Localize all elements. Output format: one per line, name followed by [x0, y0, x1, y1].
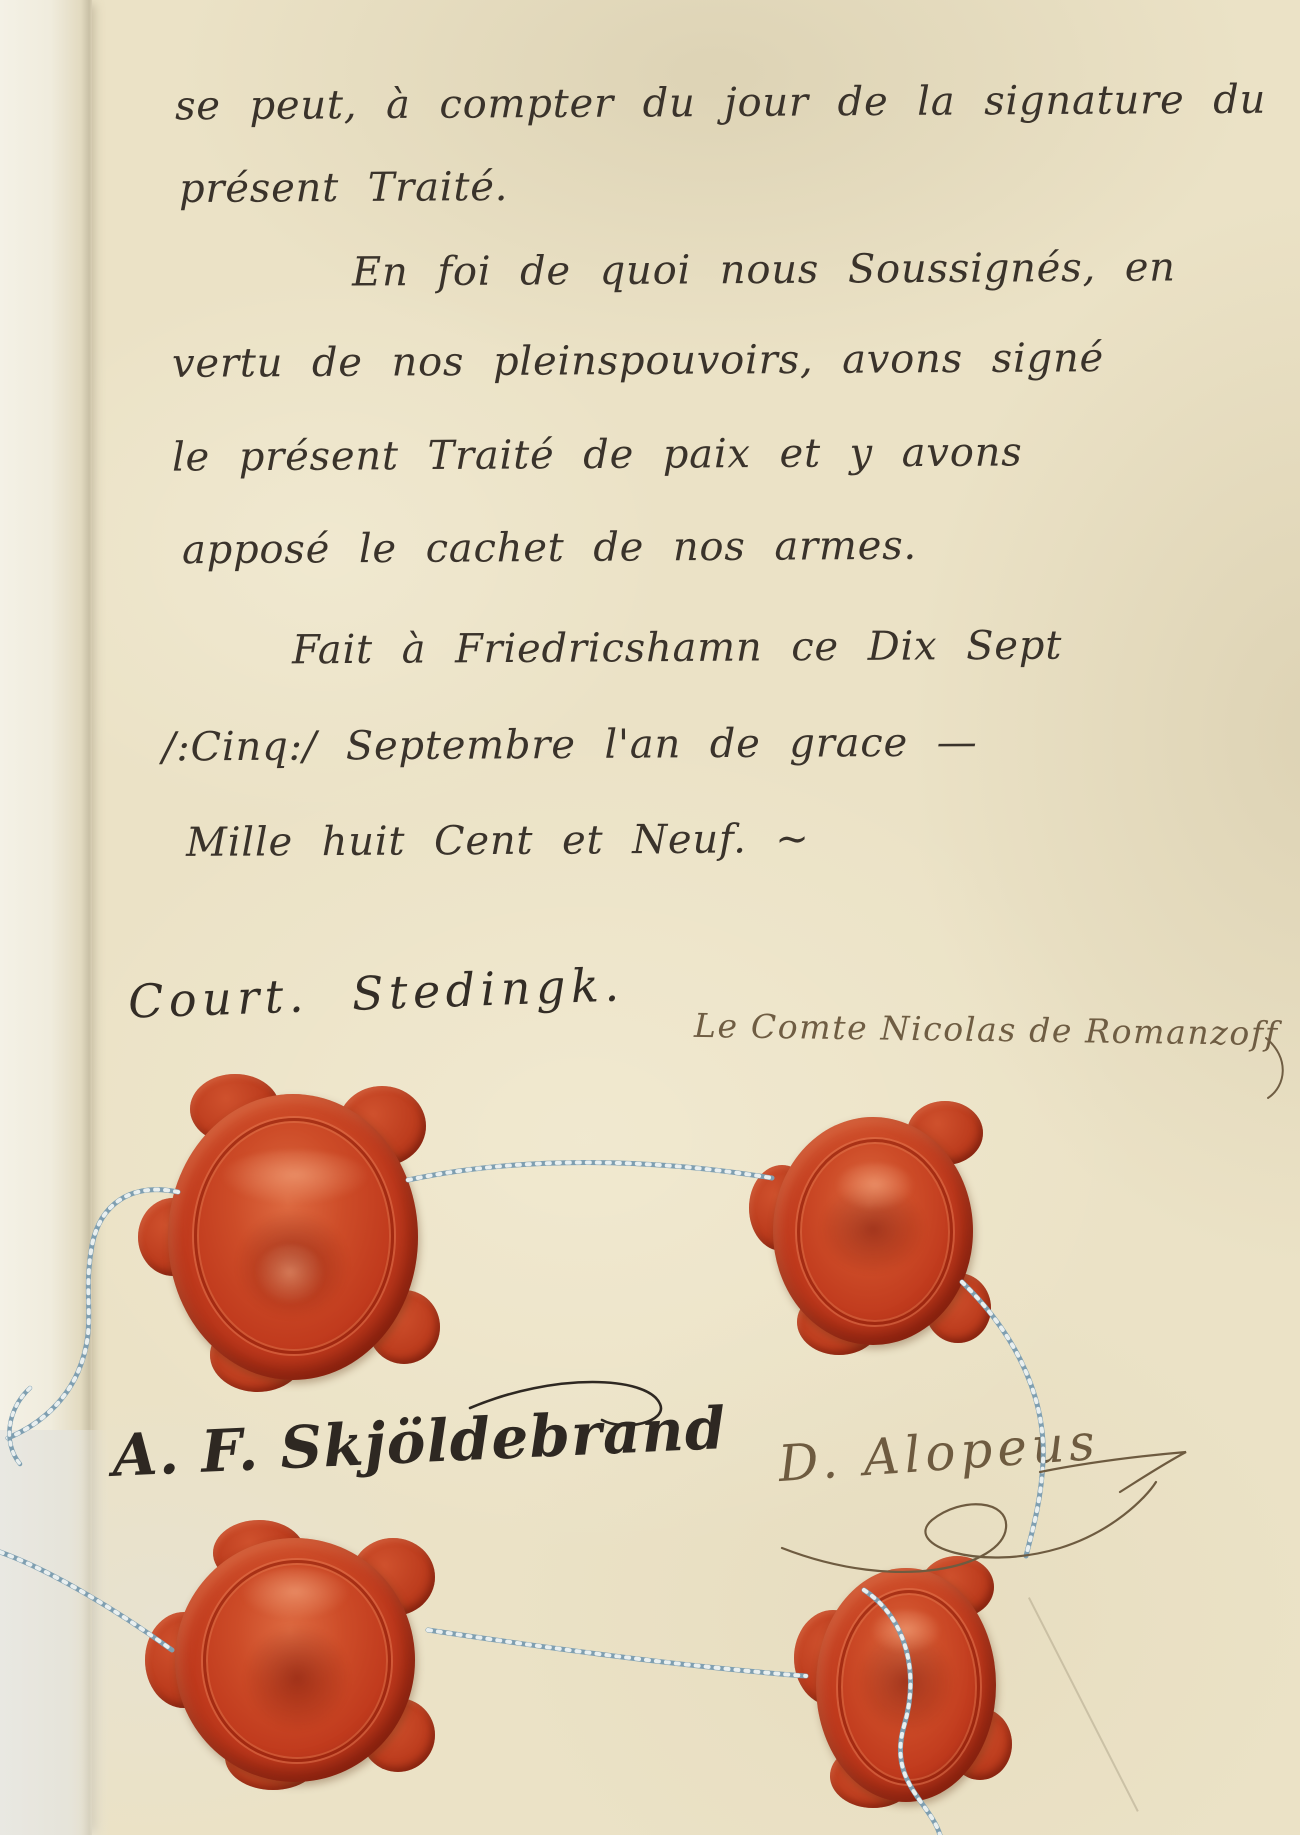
text-line-8: /:Cinq:/ Septembre l'an de grace —: [162, 720, 978, 771]
signature-skjoldebrand: A. F. Skjöldebrand: [111, 1394, 728, 1490]
wax-seal-stedingk: [150, 1080, 435, 1395]
seal-emblem-highlight: [870, 1610, 942, 1654]
manuscript-page: se peut, à compter du jour de la signatu…: [0, 0, 1300, 1835]
seal-emblem-crest: [240, 1568, 350, 1620]
wax-seal-romanzoff: [757, 1105, 992, 1360]
text-line-4: vertu de nos pleinspouvoirs, avons signé: [172, 335, 1104, 387]
signature-romanzoff: Le Comte Nicolas de Romanzoff: [694, 1006, 1279, 1053]
text-line-9: Mille huit Cent et Neuf. ~: [186, 816, 810, 866]
signature-alopeus: D. Alopeus: [776, 1413, 1101, 1493]
wax-seal-skjoldebrand: [155, 1528, 435, 1793]
text-line-5: le présent Traité de paix et y avons: [172, 429, 1023, 480]
seal-emblem-highlight: [255, 1245, 325, 1305]
wax-seal-alopeus: [800, 1558, 1015, 1818]
seal-emblem-arms: [243, 1624, 351, 1732]
text-line-1: se peut, à compter du jour de la signatu…: [175, 77, 1266, 130]
text-line-6: apposé le cachet de nos armes.: [182, 523, 917, 573]
signature-stedingk: Court. Stedingk.: [127, 957, 625, 1028]
text-line-7: Fait à Friedricshamn ce Dix Sept: [292, 623, 1062, 674]
seal-emblem-highlight: [835, 1163, 915, 1211]
paper-crease: [1028, 1597, 1139, 1812]
text-line-2: présent Traité.: [179, 164, 509, 212]
text-line-3: En foi de quoi nous Soussignés, en: [352, 244, 1176, 295]
page-left-edge-lower: [0, 1430, 110, 1835]
seal-emblem-drapery: [220, 1150, 370, 1205]
